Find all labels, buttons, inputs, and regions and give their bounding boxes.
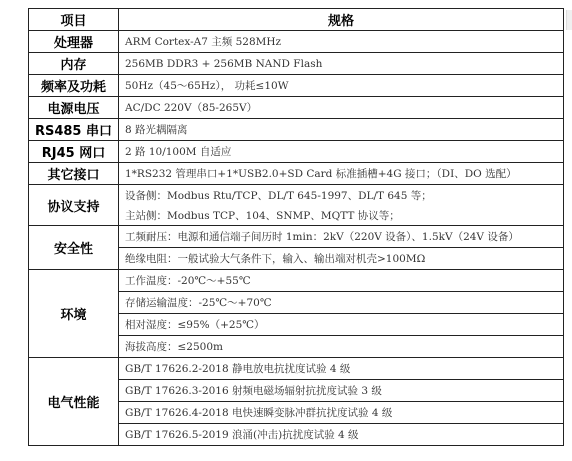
row-label-protocol: 协议支持 [29, 185, 119, 226]
row-value: 绝缘电阻：一般试验大气条件下，输入、输出端对机壳>100MΩ [119, 248, 564, 270]
row-label-supply-voltage: 电源电压 [29, 97, 119, 119]
table-row: RJ45 网口 2 路 10/100M 自适应 [29, 141, 564, 163]
table-row: 安全性 工频耐压：电源和通信端子间历时 1min：2kV（220V 设备）、1.… [29, 226, 564, 248]
row-value: 海拔高度：≤2500m [119, 336, 564, 358]
row-value: GB/T 17626.2-2018 静电放电抗扰度试验 4 级 [119, 358, 564, 380]
page-edge [566, 10, 572, 30]
row-value: 相对湿度：≤95%（+25℃） [119, 314, 564, 336]
row-value: GB/T 17626.5-2019 浪涌(冲击)抗扰度试验 4 级 [119, 424, 564, 446]
row-value: GB/T 17626.3-2016 射频电磁场辐射抗扰度试验 3 级 [119, 380, 564, 402]
spec-table: 项目 规格 处理器 ARM Cortex-A7 主频 528MHz 内存 256… [28, 8, 564, 446]
row-value: AC/DC 220V（85-265V） [119, 97, 564, 119]
row-value: 工作温度：-20℃～+55℃ [119, 270, 564, 292]
table-row: 频率及功耗 50Hz（45～65Hz）， 功耗≤10W [29, 75, 564, 97]
table-row: 其它接口 1*RS232 管理串口+1*USB2.0+SD Card 标准插槽+… [29, 163, 564, 185]
row-value: 1*RS232 管理串口+1*USB2.0+SD Card 标准插槽+4G 接口… [119, 163, 564, 185]
row-value: ARM Cortex-A7 主频 528MHz [119, 31, 564, 53]
row-label-environment: 环境 [29, 270, 119, 358]
table-row: 电气性能 GB/T 17626.2-2018 静电放电抗扰度试验 4 级 [29, 358, 564, 380]
header-item: 项目 [29, 9, 119, 31]
row-label-frequency-power: 频率及功耗 [29, 75, 119, 97]
table-header-row: 项目 规格 [29, 9, 564, 31]
row-label-rs485: RS485 串口 [29, 119, 119, 141]
row-value: 设备侧：Modbus Rtu/TCP、DL/T 645-1997、DL/T 64… [119, 185, 564, 206]
row-label-rj45: RJ45 网口 [29, 141, 119, 163]
row-label-safety: 安全性 [29, 226, 119, 270]
table-row: 电源电压 AC/DC 220V（85-265V） [29, 97, 564, 119]
header-spec: 规格 [119, 9, 564, 31]
row-value: GB/T 17626.4-2018 电快速瞬变脉冲群抗扰度试验 4 级 [119, 402, 564, 424]
row-value: 50Hz（45～65Hz）， 功耗≤10W [119, 75, 564, 97]
table-row: 环境 工作温度：-20℃～+55℃ [29, 270, 564, 292]
row-value: 工频耐压：电源和通信端子间历时 1min：2kV（220V 设备）、1.5kV（… [119, 226, 564, 248]
row-label-memory: 内存 [29, 53, 119, 75]
table-row: 内存 256MB DDR3 + 256MB NAND Flash [29, 53, 564, 75]
table-row: 处理器 ARM Cortex-A7 主频 528MHz [29, 31, 564, 53]
row-label-electrical: 电气性能 [29, 358, 119, 446]
row-value: 存储运输温度：-25℃～+70℃ [119, 292, 564, 314]
row-value: 主站侧：Modbus TCP、104、SNMP、MQTT 协议等； [119, 205, 564, 226]
row-value: 256MB DDR3 + 256MB NAND Flash [119, 53, 564, 75]
row-label-other-interfaces: 其它接口 [29, 163, 119, 185]
row-value: 2 路 10/100M 自适应 [119, 141, 564, 163]
row-label-processor: 处理器 [29, 31, 119, 53]
row-value: 8 路光耦隔离 [119, 119, 564, 141]
table-row: 协议支持 设备侧：Modbus Rtu/TCP、DL/T 645-1997、DL… [29, 185, 564, 206]
table-row: RS485 串口 8 路光耦隔离 [29, 119, 564, 141]
